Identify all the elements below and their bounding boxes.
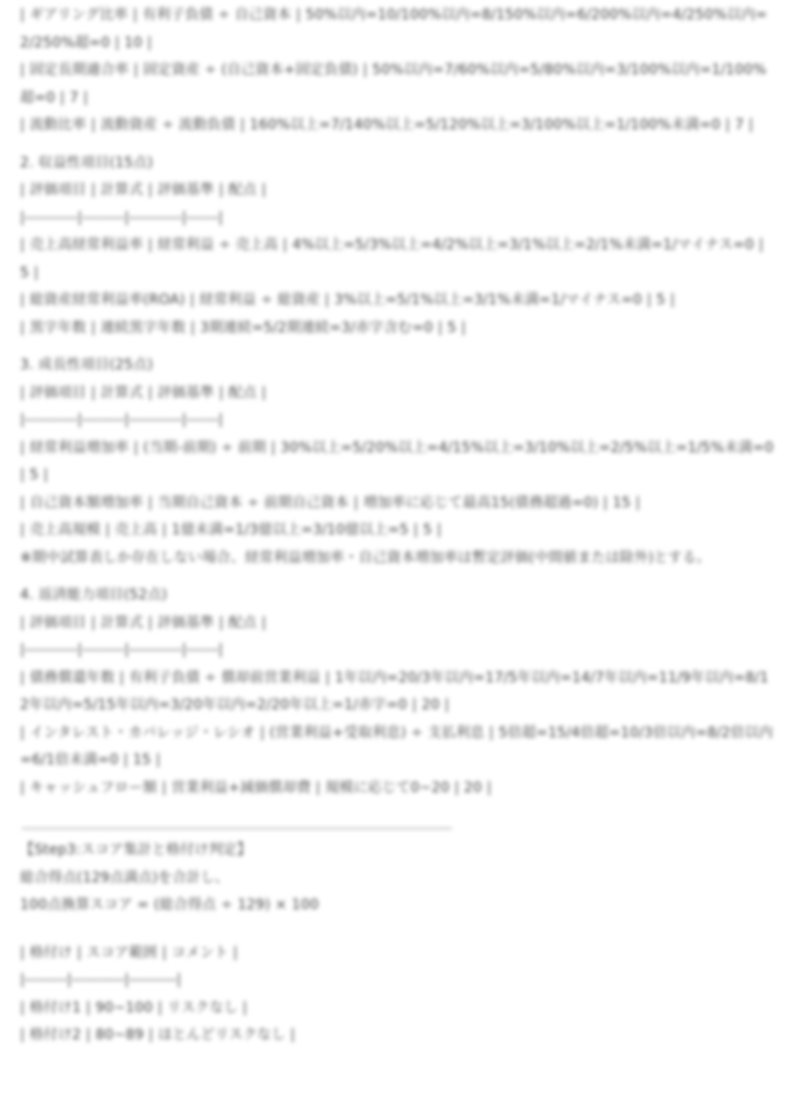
text-line: | 評価項目 | 計算式 | 評価基準 | 配点 | xyxy=(20,177,776,205)
text-line: | 債務償還年数 | 有利子負債 ÷ 償却前営業利益 | 1年以内=20/3年以… xyxy=(20,665,776,720)
text-line: |----------|--------|----------|------| xyxy=(20,407,776,435)
text-line: | 黒字年数 | 連続黒字年数 | 3期連続=5/2期連続=3/赤字含む=0 |… xyxy=(20,315,776,343)
text-line: 総合得点(129点満点)を合計し、 xyxy=(20,865,776,893)
text-line: | 格付け2 | 80~89 | ほとんどリスクなし | xyxy=(20,1022,776,1050)
growth-section: 3. 成長性項目(25点)| 評価項目 | 計算式 | 評価基準 | 配点 ||… xyxy=(20,352,776,572)
text-line: |--------|----------|---------| xyxy=(20,967,776,995)
text-line: 4. 返済能力項目(52点) xyxy=(20,582,776,610)
text-line: | 格付け1 | 90~100 | リスクなし | xyxy=(20,995,776,1023)
text-line: | 経常利益増加率 | (当期-前期) ÷ 前期 | 30%以上=5/20%以上… xyxy=(20,435,776,490)
text-line: | 自己資本額増加率 | 当期自己資本 ÷ 前期自己資本 | 増加率に応じて最高… xyxy=(20,490,776,518)
text-line: | 流動比率 | 流動資産 ÷ 流動負債 | 160%以上=7/140%以上=5… xyxy=(20,112,776,140)
text-line: | ギアリング比率 | 有利子負債 ÷ 自己資本 | 50%以内=10/100%… xyxy=(20,2,776,57)
text-line: | 売上高経常利益率 | 経常利益 ÷ 売上高 | 4%以上=5/3%以上=4/… xyxy=(20,232,776,287)
text-line: | 総資産経常利益率(ROA) | 経常利益 ÷ 総資産 | 3%以上=5/1%… xyxy=(20,287,776,315)
text-line: | 評価項目 | 計算式 | 評価基準 | 配点 | xyxy=(20,610,776,638)
document-page: | ギアリング比率 | 有利子負債 ÷ 自己資本 | 50%以内=10/100%… xyxy=(0,0,800,1050)
text-line: 2. 収益性項目(15点) xyxy=(20,150,776,178)
text-line: |----------|--------|----------|------| xyxy=(20,205,776,233)
section-divider xyxy=(22,828,452,829)
safety-items-table-rows: | ギアリング比率 | 有利子負債 ÷ 自己資本 | 50%以内=10/100%… xyxy=(20,2,776,140)
repayment-ability-section: 4. 返済能力項目(52点)| 評価項目 | 計算式 | 評価基準 | 配点 |… xyxy=(20,582,776,802)
text-line: | インタレスト・カバレッジ・レシオ | (営業利益+受取利息) ÷ 支払利息 … xyxy=(20,720,776,775)
profitability-section: 2. 収益性項目(15点)| 評価項目 | 計算式 | 評価基準 | 配点 ||… xyxy=(20,150,776,343)
text-line: |----------|--------|----------|------| xyxy=(20,637,776,665)
text-line: | 評価項目 | 計算式 | 評価基準 | 配点 | xyxy=(20,380,776,408)
text-line: | 固定長期適合率 | 固定資産 ÷ (自己資本+固定負債) | 50%以内=7… xyxy=(20,57,776,112)
text-line: 【Step3:スコア集計と格付け判定】 xyxy=(20,837,776,865)
rating-table: | 格付け | スコア範囲 | コメント ||--------|--------… xyxy=(20,940,776,1050)
text-line: | 売上高規模 | 売上高 | 1億未満=1/3億以上=3/10億以上=5 | … xyxy=(20,517,776,545)
text-line: 3. 成長性項目(25点) xyxy=(20,352,776,380)
text-line: ※期中試算表しか存在しない場合、経常利益増加率・自己資本増加率は暫定評価(中間値… xyxy=(20,545,776,573)
text-line: 100点換算スコア = (総合得点 ÷ 129) × 100 xyxy=(20,892,776,920)
text-line: | 格付け | スコア範囲 | コメント | xyxy=(20,940,776,968)
text-line: | キャッシュフロー額 | 営業利益+減価償却費 | 規模に応じて0~20 | … xyxy=(20,775,776,803)
step3-score-aggregation: 【Step3:スコア集計と格付け判定】総合得点(129点満点)を合計し、100点… xyxy=(20,837,776,920)
